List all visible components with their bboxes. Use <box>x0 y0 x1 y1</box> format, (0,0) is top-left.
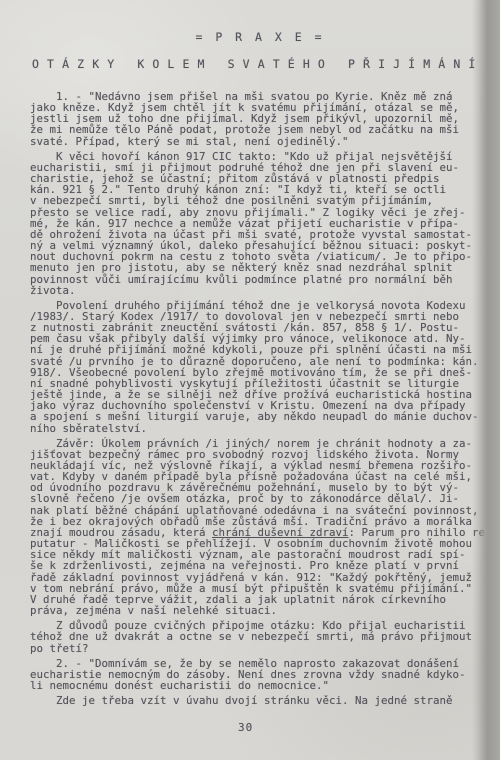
underlined-phrase: chrání duševní zdraví <box>212 526 349 539</box>
page-number: 30 <box>238 721 253 734</box>
paragraph: 2. - "Domnívám se, že by se nemělo napro… <box>30 658 490 691</box>
scanned-document-page: { "header": { "title": "= P R A X E =", … <box>0 0 500 760</box>
paragraph: K věci hovoří kánon 917 CIC takto: "Kdo … <box>30 151 490 296</box>
page-header: = P R A X E = O T Á Z K Y K O L E M S V … <box>30 30 490 71</box>
paragraph: Závěr: Úkolem právních /i jiných/ norem … <box>30 438 490 617</box>
paragraph: Z důvodů pouze cvičných připojme otázku:… <box>30 620 490 653</box>
paragraph: Zde je třeba vzít v úvahu dvojí stránku … <box>30 695 490 706</box>
page-content: = P R A X E = O T Á Z K Y K O L E M S V … <box>30 30 490 710</box>
paragraph: 1. - "Nedávno jsem přišel na mši svatou … <box>30 91 490 147</box>
paragraph: Povolení druhého přijímání téhož dne je … <box>30 300 490 434</box>
article-title: O T Á Z K Y K O L E M S V A T É H O P Ř … <box>30 57 490 71</box>
section-title: = P R A X E = <box>30 30 490 44</box>
body-text: 1. - "Nedávno jsem přišel na mši svatou … <box>30 91 490 706</box>
